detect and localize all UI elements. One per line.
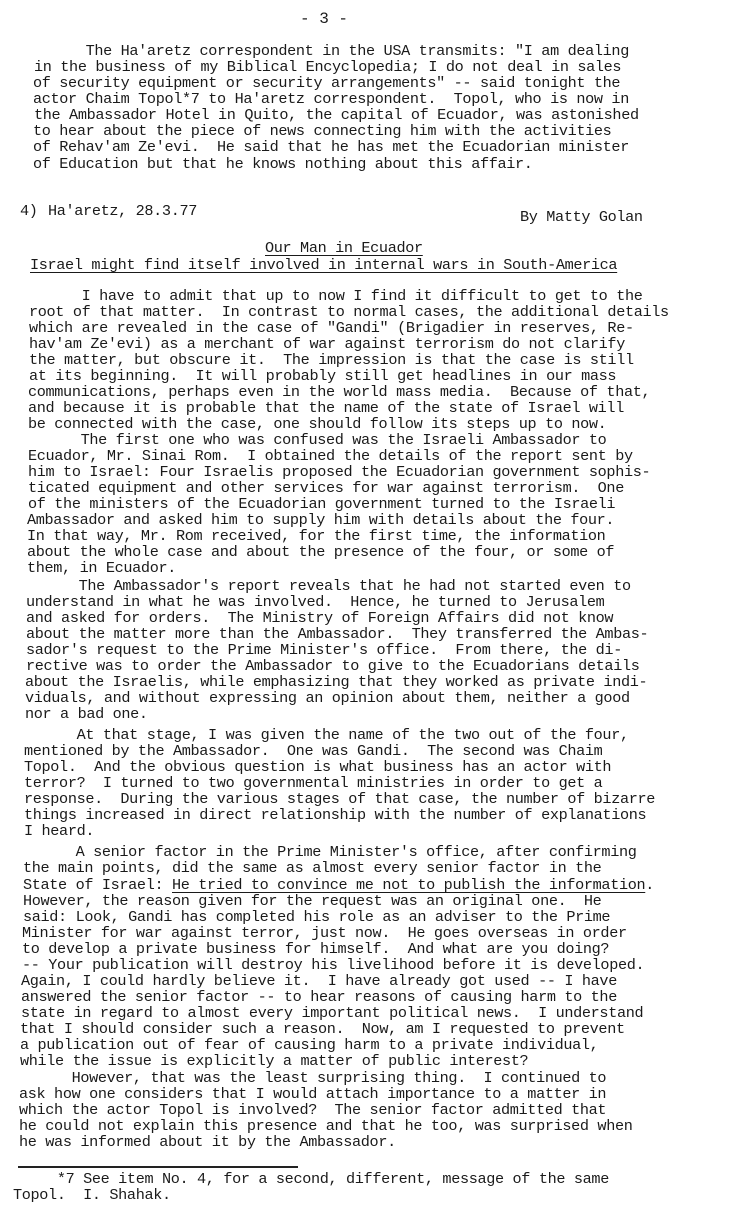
document-page: - 3 - The Ha'aretz correspondent in the …: [0, 0, 751, 1217]
text-line: said: Look, Gandi has completed his role…: [23, 909, 610, 925]
text-line: Ambassador and asked him to supply him w…: [27, 512, 614, 528]
text-line: I heard.: [24, 823, 94, 839]
text-line: him to Israel: Four Israelis proposed th…: [28, 464, 650, 480]
text-line: a publication out of fear of causing har…: [20, 1037, 598, 1053]
text-line: The first one who was confused was the I…: [28, 432, 606, 448]
text-line: actor Chaim Topol*7 to Ha'aretz correspo…: [33, 91, 629, 107]
text-line: which are revealed in the case of "Gandi…: [29, 320, 634, 336]
text-line: Minister for war against terror, just no…: [22, 925, 627, 941]
item-source: Ha'aretz, 28.3.77: [48, 203, 197, 219]
text-line: Ecuador, Mr. Sinai Rom. I obtained the d…: [28, 448, 633, 464]
article-title: Our Man in Ecuador: [265, 240, 423, 256]
text-line: However, that was the least surprising t…: [19, 1070, 606, 1086]
text-line: I have to admit that up to now I find it…: [29, 288, 642, 304]
text-line: he could not explain this presence and t…: [19, 1118, 632, 1134]
text-line: hav'am Ze'evi) as a merchant of war agai…: [29, 336, 625, 352]
text-line: things increased in direct relationship …: [24, 807, 646, 823]
text-line: mentioned by the Ambassador. One was Gan…: [24, 743, 602, 759]
text-line: Topol. And the obvious question is what …: [24, 759, 611, 775]
text-line: nor a bad one.: [25, 706, 148, 722]
text-line: rective was to order the Ambassador to g…: [26, 658, 639, 674]
text-line: about the Israelis, while emphasizing th…: [25, 674, 647, 690]
text-line: while the issue is explicitly a matter o…: [20, 1053, 528, 1069]
item-byline: By Matty Golan: [520, 209, 643, 225]
text-line: Again, I could hardly believe it. I have…: [21, 973, 617, 989]
text-line: that I should consider such a reason. No…: [20, 1021, 625, 1037]
text-line: the matter, but obscure it. The impressi…: [29, 352, 634, 368]
text-line: in the business of my Biblical Encyclope…: [34, 59, 621, 75]
item-number: 4): [20, 203, 38, 219]
text-line: and asked for orders. The Ministry of Fo…: [26, 610, 613, 626]
footnote-line: Topol. I. Shahak.: [13, 1187, 171, 1203]
text-line: to hear about the piece of news connecti…: [33, 123, 611, 139]
text-line: state in regard to almost every importan…: [21, 1005, 643, 1021]
article-subtitle: Israel might find itself involved in int…: [30, 257, 617, 273]
text-line: ask how one considers that I would attac…: [19, 1086, 606, 1102]
text-line: about the matter more than the Ambassado…: [26, 626, 648, 642]
text-line: of security equipment or security arrang…: [33, 75, 620, 91]
text-line: he was informed about it by the Ambassad…: [19, 1134, 396, 1150]
text-line: be connected with the case, one should f…: [28, 416, 606, 432]
text-line: at its beginning. It will probably still…: [29, 368, 616, 384]
text-line: communications, perhaps even in the worl…: [28, 384, 650, 400]
text-line: In that way, Mr. Rom received, for the f…: [27, 528, 605, 544]
text-line: understand in what he was involved. Henc…: [26, 594, 604, 610]
text-line: The Ha'aretz correspondent in the USA tr…: [33, 43, 629, 59]
footnote-divider: [18, 1166, 298, 1168]
text-line: to develop a private business for himsel…: [22, 941, 609, 957]
text-line: them, in Ecuador.: [27, 560, 176, 576]
text-line: ticated equipment and other services for…: [28, 480, 624, 496]
text-line: viduals, and without expressing an opini…: [25, 690, 630, 706]
text-line: At that stage, I was given the name of t…: [24, 727, 629, 743]
text-line: which the actor Topol is involved? The s…: [19, 1102, 606, 1118]
page-number: - 3 -: [300, 10, 348, 28]
text-line: -- Your publication will destroy his liv…: [22, 957, 644, 973]
text-line: about the whole case and about the prese…: [27, 544, 614, 560]
text-line: terror? I turned to two governmental min…: [24, 775, 602, 791]
text-line: The Ambassador's report reveals that he …: [26, 578, 631, 594]
text-line: root of that matter. In contrast to norm…: [29, 304, 669, 320]
text-line: of the ministers of the Ecuadorian gover…: [28, 496, 615, 512]
text-line: the main points, did the same as almost …: [23, 860, 601, 876]
text-line: answered the senior factor -- to hear re…: [21, 989, 617, 1005]
text-line: response. During the various stages of t…: [24, 791, 655, 807]
text-line: of Rehav'am Ze'evi. He said that he has …: [33, 139, 629, 155]
text-line: and because it is probable that the name…: [28, 400, 624, 416]
text-line-emphasis: State of Israel: He tried to convince me…: [23, 877, 654, 893]
text-line: the Ambassador Hotel in Quito, the capit…: [34, 107, 639, 123]
footnote-line: *7 See item No. 4, for a second, differe…: [13, 1171, 609, 1187]
text-line: sador's request to the Prime Minister's …: [26, 642, 622, 658]
text-line: However, the reason given for the reques…: [23, 893, 601, 909]
text-line: of Education but that he knows nothing a…: [33, 156, 533, 172]
text-line: A senior factor in the Prime Minister's …: [23, 844, 636, 860]
